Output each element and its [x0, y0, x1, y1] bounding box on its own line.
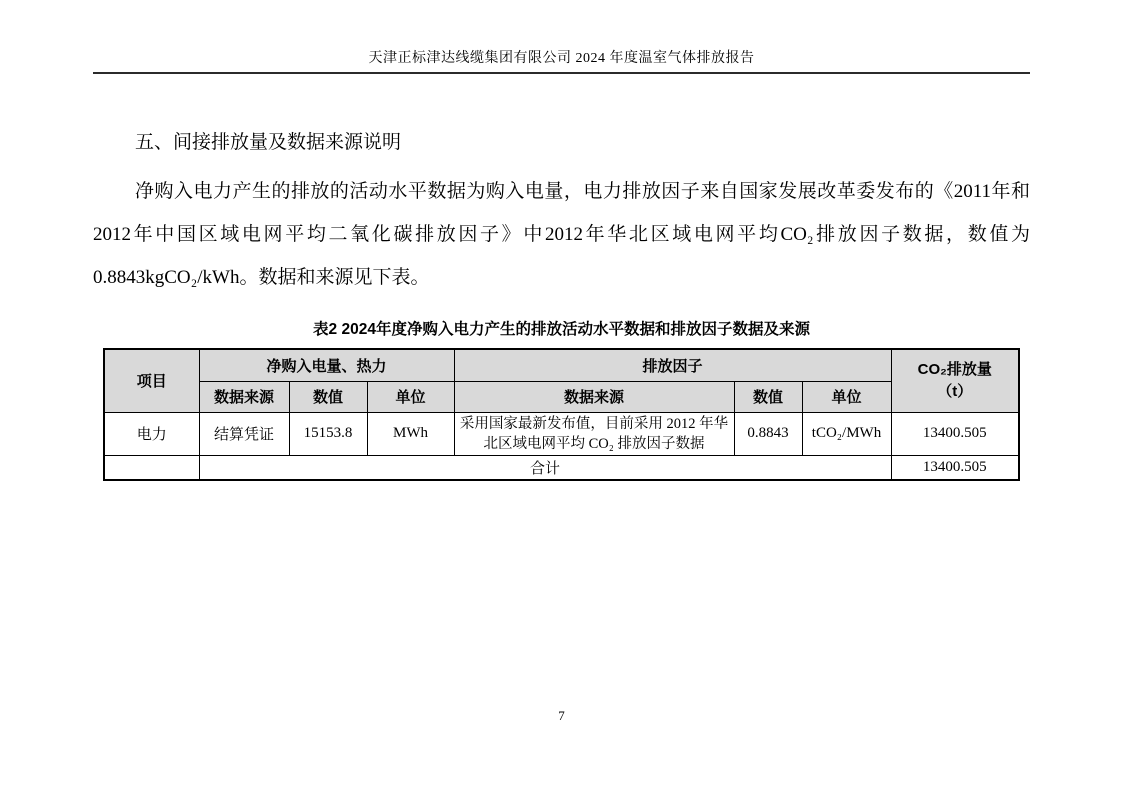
- section-heading: 五、间接排放量及数据来源说明: [93, 131, 1030, 155]
- body-paragraph: 净购入电力产生的排放的活动水平数据为购入电量，电力排放因子来自国家发展改革委发布…: [93, 170, 1030, 299]
- cell-elec-unit: MWh: [367, 412, 454, 455]
- col-header-factor-value: 数值: [734, 381, 802, 412]
- col-header-co2-emission: CO₂排放量 （t）: [891, 349, 1019, 412]
- col-header-elec-value: 数值: [289, 381, 367, 412]
- emission-data-table: 项目 净购入电量、热力 排放因子 CO₂排放量 （t） 数据来源 数值 单位 数…: [103, 348, 1020, 481]
- col-group-electricity: 净购入电量、热力: [199, 349, 454, 381]
- col-group-emission-factor: 排放因子: [454, 349, 891, 381]
- paragraph-line-3: 0.8843kgCO₂/kWh。数据和来源见下表。: [93, 256, 1030, 299]
- cell-factor-unit: tCO₂/MWh: [802, 412, 891, 455]
- cell-elec-source: 结算凭证: [199, 412, 289, 455]
- cell-elec-value: 15153.8: [289, 412, 367, 455]
- col-header-factor-source: 数据来源: [454, 381, 734, 412]
- cell-factor-value: 0.8843: [734, 412, 802, 455]
- paragraph-line-2: 2012年中国区域电网平均二氧化碳排放因子》中2012年华北区域电网平均CO₂排…: [93, 213, 1030, 256]
- cell-total-value: 13400.505: [891, 455, 1019, 480]
- co2-emission-unit: （t）: [894, 381, 1017, 403]
- co2-emission-label: CO₂排放量: [894, 359, 1017, 381]
- running-header-title: 天津正标津达线缆集团有限公司 2024 年度温室气体排放报告: [93, 50, 1030, 72]
- paragraph-line-1: 净购入电力产生的排放的活动水平数据为购入电量，电力排放因子来自国家发展改革委发布…: [93, 170, 1030, 213]
- col-header-project: 项目: [104, 349, 199, 412]
- cell-factor-source: 采用国家最新发布值，目前采用 2012 年华北区域电网平均 CO₂ 排放因子数据: [454, 412, 734, 455]
- running-header: 天津正标津达线缆集团有限公司 2024 年度温室气体排放报告: [93, 0, 1030, 74]
- cell-total-blank: [104, 455, 199, 480]
- cell-project: 电力: [104, 412, 199, 455]
- page-number: 7: [0, 708, 1123, 724]
- table-caption: 表2 2024年度净购入电力产生的排放活动水平数据和排放因子数据及来源: [93, 320, 1030, 340]
- table-row-electricity: 电力 结算凭证 15153.8 MWh 采用国家最新发布值，目前采用 2012 …: [104, 412, 1019, 455]
- col-header-elec-unit: 单位: [367, 381, 454, 412]
- table-row-total: 合计 13400.505: [104, 455, 1019, 480]
- col-header-factor-unit: 单位: [802, 381, 891, 412]
- col-header-elec-source: 数据来源: [199, 381, 289, 412]
- report-page: 天津正标津达线缆集团有限公司 2024 年度温室气体排放报告 五、间接排放量及数…: [0, 0, 1123, 794]
- cell-co2-emission: 13400.505: [891, 412, 1019, 455]
- cell-total-label: 合计: [199, 455, 891, 480]
